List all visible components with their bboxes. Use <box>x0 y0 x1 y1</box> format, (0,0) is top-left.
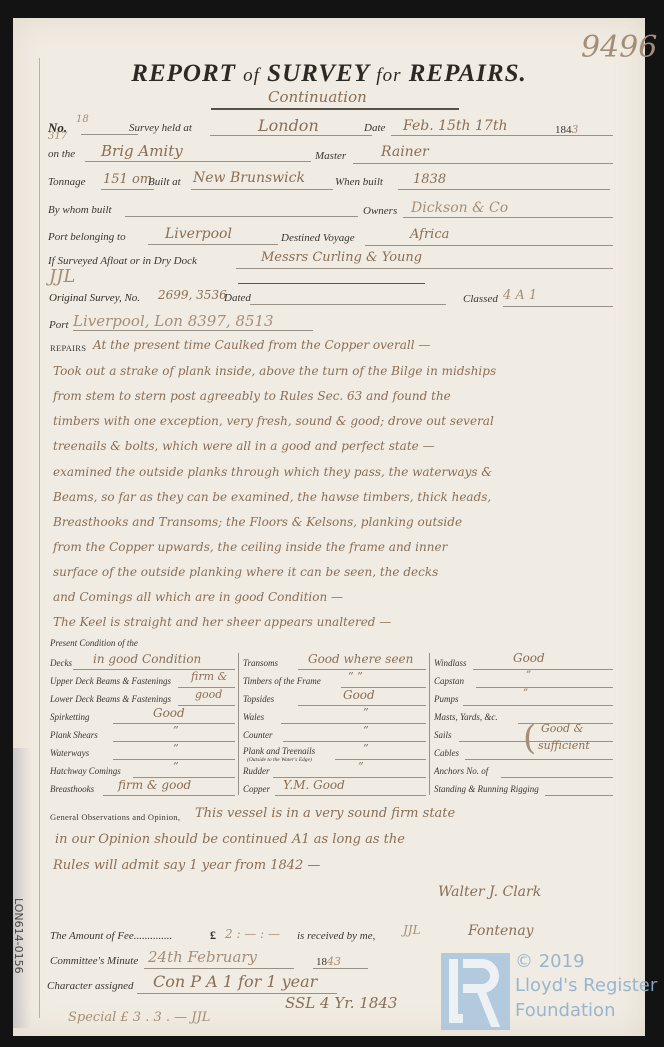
field-line <box>283 741 426 742</box>
condition-label: Upper Deck Beams & Fastenings <box>50 676 171 686</box>
condition-label: Wales <box>243 712 264 722</box>
character-assigned-value: Con P A 1 for 1 year <box>153 972 317 991</box>
field-line <box>103 795 235 796</box>
year-prefix: 18 <box>316 956 327 968</box>
field-line <box>335 759 426 760</box>
port-belonging-label: Port belonging to <box>48 231 126 243</box>
subtitle-continuation: Continuation <box>268 88 367 106</box>
when-built-label: When built <box>335 176 383 188</box>
original-survey-label: Original Survey, No. <box>49 292 140 304</box>
condition-label: Lower Deck Beams & Fastenings <box>50 694 171 704</box>
condition-value: good <box>195 688 222 701</box>
condition-label: Windlass <box>434 658 467 668</box>
survey-held-value: London <box>258 116 319 135</box>
when-built-value: 1838 <box>413 172 446 187</box>
committee-minute-value: 24th February <box>148 948 257 966</box>
survey-document: 9496 REPORT of SURVEY for REPAIRS. Conti… <box>13 18 645 1036</box>
condition-value: ” <box>523 688 528 699</box>
observations-line: This vessel is in a very sound firm stat… <box>195 806 455 821</box>
condition-label: Masts, Yards, &c. <box>434 712 498 722</box>
condition-label: Cables <box>434 748 459 758</box>
master-value: Rainer <box>381 144 429 160</box>
field-line <box>476 687 613 688</box>
title-word: of <box>243 65 260 86</box>
repairs-line: treenails & bolts, which were all in a g… <box>53 439 435 453</box>
repairs-line: timbers with one exception, very fresh, … <box>53 414 494 428</box>
field-line <box>501 777 613 778</box>
observations-label: General Observations and Opinion, <box>50 812 180 822</box>
lr-logo-r-leg <box>475 987 500 1027</box>
observations-line: in our Opinion should be continued A1 as… <box>55 832 405 847</box>
condition-value: Good & <box>541 722 583 735</box>
repairs-line: At the present time Caulked from the Cop… <box>93 338 430 352</box>
condition-value: ” ” <box>348 670 363 683</box>
classed-label: Classed <box>463 293 498 305</box>
field-line <box>545 795 613 796</box>
lr-logo-l <box>449 959 463 1023</box>
field-line <box>298 705 426 706</box>
destined-voyage-value: Africa <box>410 227 449 242</box>
field-line <box>73 330 313 331</box>
character-assigned-label: Character assigned <box>47 980 133 992</box>
field-line <box>463 705 613 706</box>
repairs-line: Breasthooks and Transoms; the Floors & K… <box>53 515 462 529</box>
condition-value: firm & good <box>118 778 191 792</box>
currency-symbol: £ <box>210 928 216 943</box>
field-line <box>391 135 556 136</box>
field-line <box>250 304 446 305</box>
field-line <box>473 669 613 670</box>
repairs-line: surface of the outside planking where it… <box>53 565 438 579</box>
column-divider <box>238 653 239 795</box>
repairs-line: from stem to stern post agreeably to Rul… <box>53 389 451 403</box>
tonnage-value: 151 om <box>103 172 152 187</box>
field-line <box>403 217 613 218</box>
condition-value: ” <box>363 706 369 719</box>
condition-label: Waterways <box>50 748 89 758</box>
watermark-line1: Lloyd's Register <box>515 975 657 996</box>
archive-reference: LON614-0156 <box>5 898 29 1008</box>
condition-sublabel: (Outside to the Water's Edge) <box>247 757 312 763</box>
field-line <box>281 723 426 724</box>
condition-label: Rudder <box>243 766 270 776</box>
condition-label: Copper <box>243 784 270 794</box>
repairs-line: examined the outside planks through whic… <box>53 465 492 479</box>
title-word: REPAIRS. <box>409 60 527 87</box>
committee-year: 1843 <box>316 955 341 968</box>
field-line <box>144 968 294 969</box>
committee-minute-label: Committee's Minute <box>50 955 138 967</box>
repairs-line: and Comings all which are in good Condit… <box>53 590 343 604</box>
master-label: Master <box>315 150 346 162</box>
condition-label: Hatchway Comings <box>50 766 121 776</box>
by-whom-built-line <box>125 216 358 217</box>
condition-label: Sails <box>434 730 452 740</box>
title-word: REPORT <box>131 60 236 87</box>
field-line <box>556 135 613 136</box>
margin-rule <box>39 58 40 1018</box>
dated-label: Dated <box>224 292 251 304</box>
surveyor-signature: Walter J. Clark <box>438 884 541 900</box>
on-the-label: on the <box>48 148 75 160</box>
condition-label: Topsides <box>243 694 274 704</box>
year-suffix: 43 <box>327 955 341 968</box>
field-line <box>365 245 613 246</box>
field-line <box>101 189 154 190</box>
condition-label: Capstan <box>434 676 464 686</box>
original-survey-value: 2699, 3536 <box>158 288 227 302</box>
field-line <box>81 134 138 135</box>
condition-value: Good <box>513 651 545 665</box>
field-line <box>313 968 368 969</box>
condition-value: ” <box>173 724 179 737</box>
condition-value: ” <box>363 742 369 755</box>
built-at-value: New Brunswick <box>193 170 305 186</box>
condition-value: ” <box>173 742 179 755</box>
repairs-line: The Keel is straight and her sheer appea… <box>53 615 391 629</box>
condition-label: Standing & Running Rigging <box>434 784 539 794</box>
title-underline <box>211 108 459 110</box>
owners-label: Owners <box>363 205 397 217</box>
condition-value: sufficient <box>538 739 590 752</box>
no-value-2: 317 <box>48 131 67 142</box>
fee-initials: JJL <box>403 923 421 937</box>
document-title: REPORT of SURVEY for REPAIRS. <box>13 60 645 88</box>
fee-received-label: is received by me, <box>297 930 375 942</box>
field-line <box>210 135 372 136</box>
lr-logo-icon <box>441 953 510 1030</box>
condition-label: Plank Shears <box>50 730 98 740</box>
condition-value: in good Condition <box>93 652 201 666</box>
owners-value: Dickson & Co <box>411 200 508 216</box>
condition-value: firm & <box>191 670 227 683</box>
brace-mark: ( <box>523 718 536 758</box>
surveyor-signature-2: Fontenay <box>468 923 534 939</box>
condition-label: Timbers of the Frame <box>243 676 321 686</box>
condition-value: Good where seen <box>308 652 413 666</box>
observations-line: Rules will admit say 1 year from 1842 — <box>53 858 320 873</box>
repairs-line: from the Copper upwards, the ceiling ins… <box>53 540 447 554</box>
condition-label: Spirketting <box>50 712 90 722</box>
condition-label: Plank and Treenails <box>243 746 315 756</box>
condition-label: Decks <box>50 658 72 668</box>
condition-label: Counter <box>243 730 273 740</box>
field-line <box>398 189 610 190</box>
field-line <box>503 306 613 307</box>
port-label: Port <box>49 319 69 331</box>
condition-heading: Present Condition of the <box>50 638 138 648</box>
repairs-line: Beams, so far as they can be examined, t… <box>53 490 491 504</box>
condition-label: Transoms <box>243 658 278 668</box>
column-divider <box>429 653 430 795</box>
field-line <box>148 244 278 245</box>
fee-label: The Amount of Fee.............. <box>50 930 172 942</box>
title-word: SURVEY <box>267 60 369 87</box>
fee-value: 2 : — : — <box>225 927 280 941</box>
condition-value: ” <box>173 760 179 773</box>
title-word: for <box>376 65 401 86</box>
condition-value: Y.M. Good <box>283 778 345 792</box>
date-value: Feb. 15th 17th <box>403 118 507 134</box>
archive-reference-text: LON614-0156 <box>12 898 25 974</box>
field-line <box>178 705 235 706</box>
classed-value: 4 A 1 <box>503 288 537 303</box>
condition-value: ” <box>526 670 531 681</box>
condition-label: Breasthooks <box>50 784 94 794</box>
condition-value: Good <box>153 706 185 720</box>
repairs-label: REPAIRS <box>50 343 86 353</box>
condition-label: Pumps <box>434 694 459 704</box>
margin-initials: JJL <box>49 266 75 287</box>
port-belonging-value: Liverpool <box>165 226 232 242</box>
surveyed-value: Messrs Curling & Young <box>261 250 422 265</box>
field-line <box>85 161 311 162</box>
field-line <box>275 795 426 796</box>
by-whom-built-label: By whom built <box>48 204 112 216</box>
destined-voyage-label: Destined Voyage <box>281 232 355 244</box>
field-line <box>191 189 333 190</box>
watermark-line2: Foundation <box>515 1000 615 1021</box>
date-label: Date <box>364 122 385 134</box>
field-line <box>353 163 613 164</box>
port-value: Liverpool, Lon 8397, 8513 <box>73 312 274 330</box>
built-at-label: Built at <box>148 176 181 188</box>
condition-value: Good <box>343 688 375 702</box>
condition-value: ” <box>363 724 369 737</box>
condition-label: Anchors No. of <box>434 766 488 776</box>
tonnage-label: Tonnage <box>48 176 86 188</box>
field-line <box>465 759 613 760</box>
field-line <box>236 268 613 269</box>
survey-held-label: Survey held at <box>129 122 192 134</box>
condition-value: ” <box>358 760 364 773</box>
special-fee-note: Special £ 3 . 3 . — JJL <box>68 1010 210 1025</box>
no-value: 18 <box>76 114 89 125</box>
field-line <box>238 283 425 284</box>
character-extra: SSL 4 Yr. 1843 <box>285 994 397 1012</box>
repairs-line: Took out a strake of plank inside, above… <box>53 364 496 378</box>
watermark-copyright: © 2019 <box>515 951 585 972</box>
ship-name-value: Brig Amity <box>101 142 183 160</box>
